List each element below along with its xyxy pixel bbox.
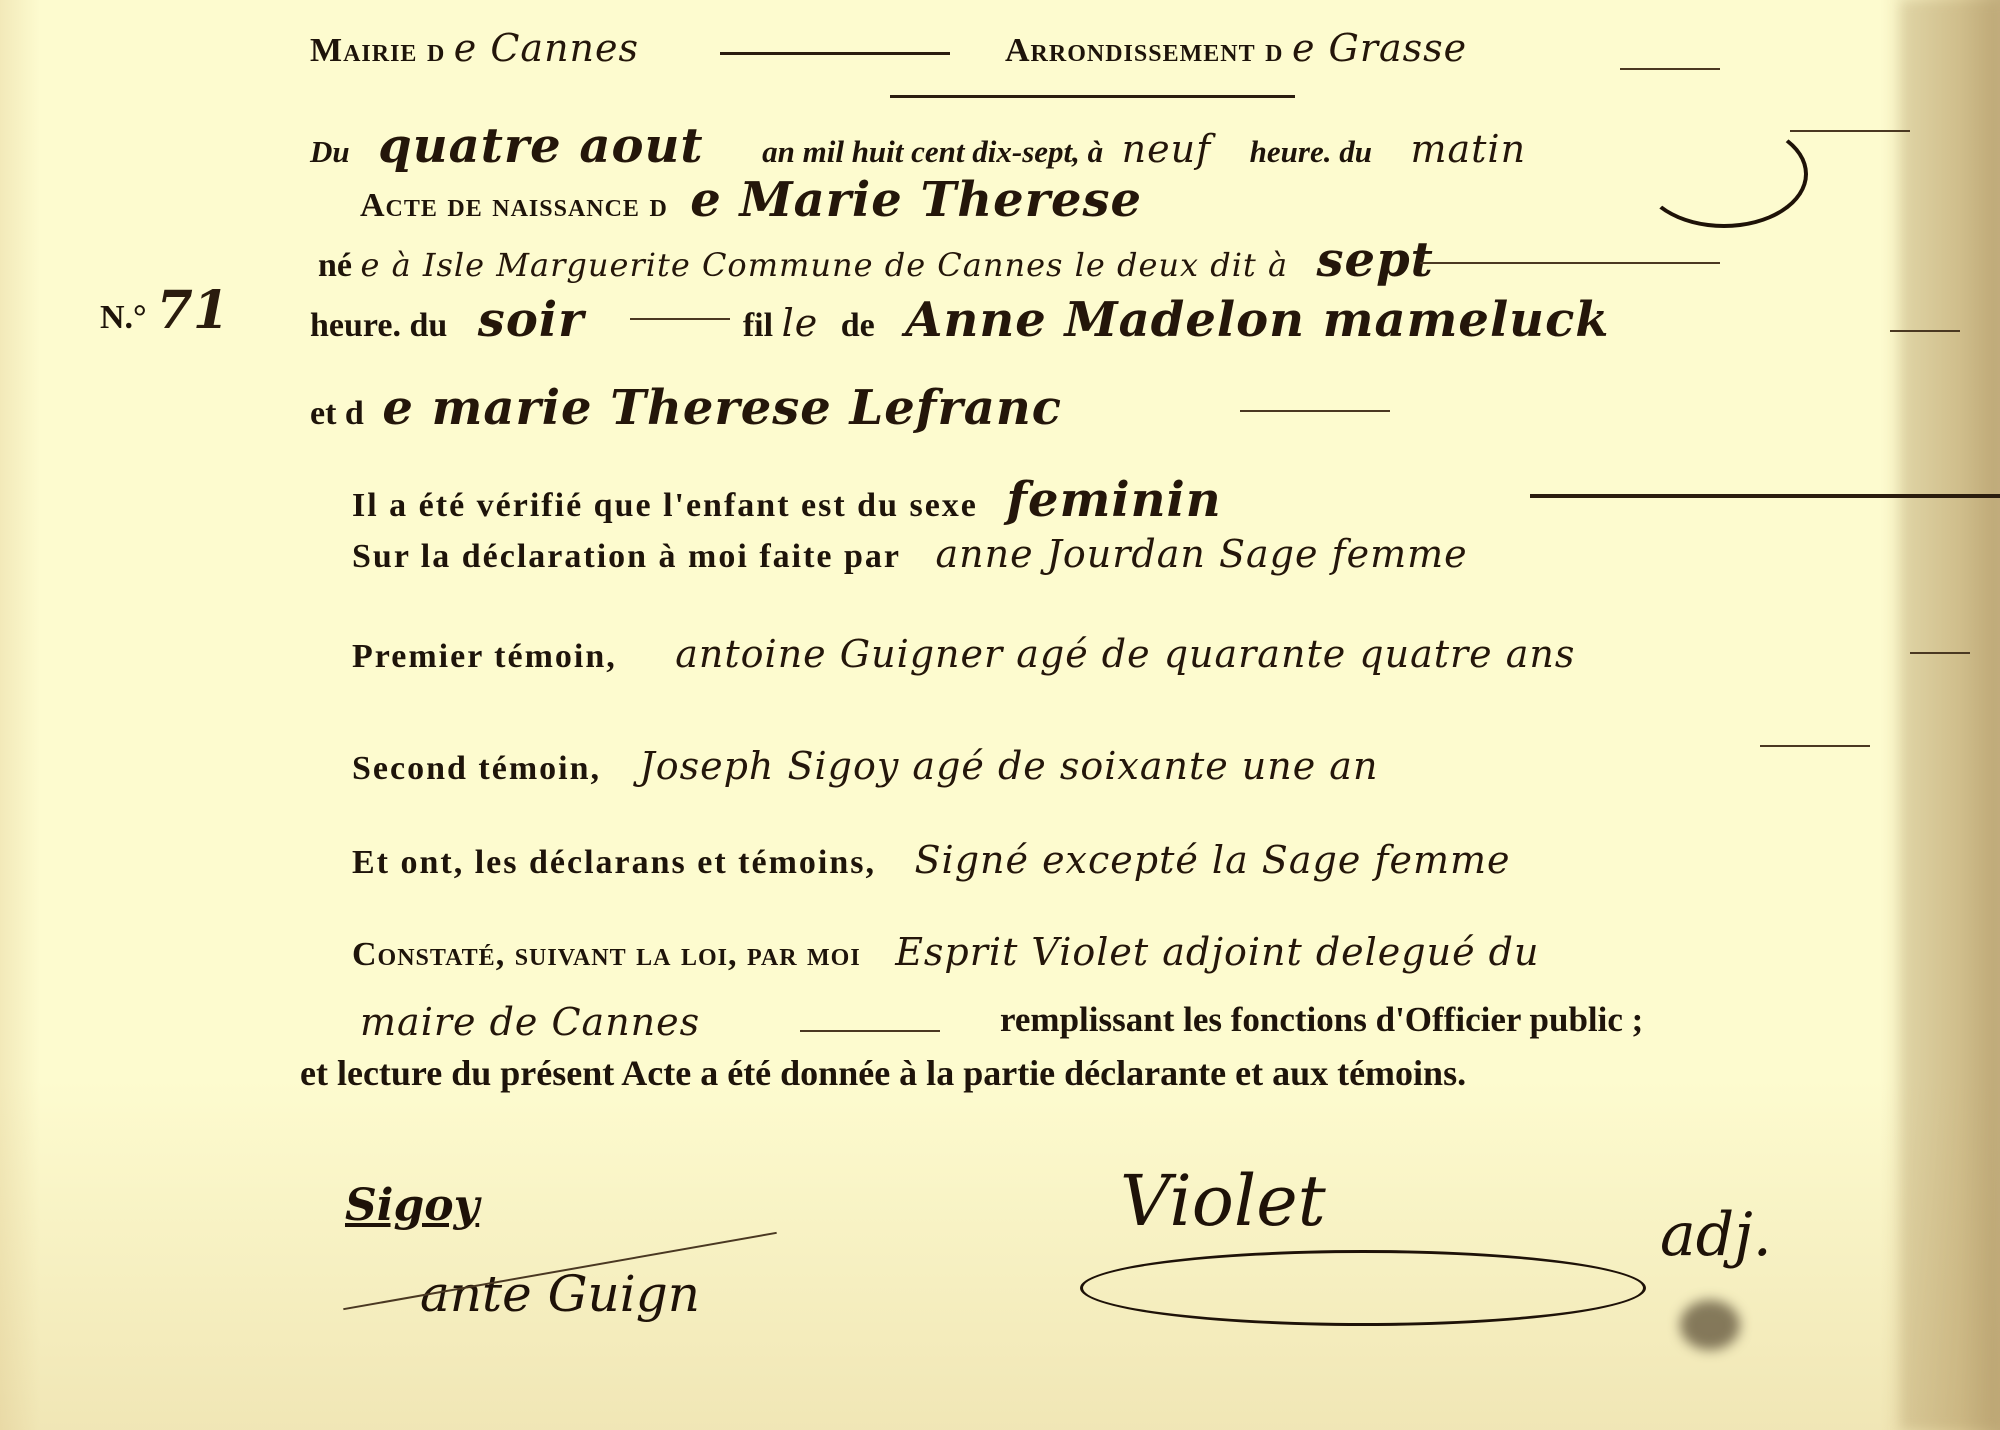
fonctions-line: remplissant les fonctions d'Officier pub…	[1000, 1000, 1643, 1040]
heure-label: heure. du	[310, 307, 447, 344]
arrondissement-line: Arrondissement d e Grasse	[1005, 26, 1467, 70]
constate-line: Constaté, suivant la loi, par moi Esprit…	[352, 930, 1539, 974]
ink-blot	[1680, 1300, 1740, 1350]
heure-line: heure. du soir fil le de Anne Madelon ma…	[310, 292, 1610, 348]
fils-label: fil	[743, 307, 773, 344]
du-label: Du	[310, 134, 350, 169]
day-value: quatre aout	[378, 118, 703, 174]
constate-label: Constaté, suivant la loi, par moi	[352, 936, 861, 973]
premier-temoin-rule	[1910, 652, 1970, 654]
year-text: an mil huit cent dix-sept, à	[762, 134, 1103, 169]
ne-line: né e à Isle Marguerite Commune de Cannes…	[318, 232, 1434, 288]
premier-temoin-label: Premier témoin,	[352, 638, 617, 675]
maire-line: maire de Cannes	[360, 1000, 700, 1044]
period-value: matin	[1410, 127, 1526, 171]
fils-value: le	[782, 301, 819, 345]
signed-label: Et ont, les déclarans et témoins,	[352, 844, 876, 881]
number-value: 71	[157, 280, 229, 341]
de-label: de	[841, 307, 875, 344]
birthplace-value: e à Isle Marguerite Commune de Cannes le…	[361, 246, 1289, 284]
acte-line: Acte de naissance d e Marie Therese	[360, 172, 1142, 228]
sexe-value: feminin	[1006, 472, 1221, 528]
mairie-rule	[720, 52, 950, 55]
second-temoin-line: Second témoin, Joseph Sigoy agé de soixa…	[352, 744, 1378, 788]
declaration-line: Sur la déclaration à moi faite par anne …	[352, 532, 1468, 576]
acte-label: Acte de naissance d	[360, 187, 668, 224]
mother-line: et d e marie Therese Lefranc	[310, 380, 1062, 436]
header-separator	[890, 95, 1295, 98]
ne-label: né	[318, 247, 352, 284]
date-line: Du quatre aout an mil huit cent dix-sept…	[310, 118, 1526, 174]
second-temoin-rule	[1760, 745, 1870, 747]
mairie-label: Mairie d	[310, 32, 445, 69]
mother-label: et d	[310, 395, 364, 432]
mother-rule	[1240, 410, 1390, 412]
hour-value: neuf	[1122, 127, 1212, 171]
ne-rule	[1420, 262, 1720, 264]
signature-violet: Violet	[1120, 1160, 1326, 1242]
arrondissement-rule	[1620, 68, 1720, 70]
paper-edge-shadow	[1900, 0, 2000, 1430]
maire-rule	[800, 1030, 940, 1032]
officer-value: Esprit Violet adjoint delegué du	[895, 930, 1539, 974]
sexe-line: Il a été vérifié que l'enfant est du sex…	[352, 472, 1222, 528]
number-label: N.°	[100, 299, 147, 336]
mairie-value: e Cannes	[454, 26, 639, 70]
signed-value: Signé excepté la Sage femme	[915, 838, 1511, 882]
declarant-value: anne Jourdan Sage femme	[936, 532, 1468, 576]
child-name: e Marie Therese	[690, 172, 1142, 228]
soir-rule	[630, 318, 730, 320]
closing-text: et lecture du présent Acte a été donnée …	[300, 1053, 1466, 1093]
period-rule	[1790, 130, 1910, 132]
signature-sigoy: Sigoy	[345, 1180, 479, 1231]
signature-adjoint: adj.	[1660, 1200, 1772, 1270]
hour-label: heure. du	[1250, 134, 1372, 169]
mother-value: e marie Therese Lefranc	[382, 380, 1062, 436]
closing-line: et lecture du présent Acte a été donnée …	[300, 1052, 1466, 1094]
declaration-label: Sur la déclaration à moi faite par	[352, 538, 901, 575]
fonctions-label: remplissant les fonctions d'Officier pub…	[1000, 1000, 1643, 1039]
signature-guigner: ante Guign	[420, 1265, 700, 1323]
period-evening-value: soir	[478, 292, 585, 348]
premier-temoin-value: antoine Guigner agé de quarante quatre a…	[675, 632, 1575, 676]
premier-temoin-line: Premier témoin, antoine Guigner agé de q…	[352, 632, 1575, 676]
header-line: Mairie d e Cannes	[310, 26, 639, 70]
act-number: N.°71	[100, 280, 229, 341]
second-temoin-label: Second témoin,	[352, 750, 601, 787]
sexe-rule	[1530, 494, 2000, 498]
birth-hour-value: sept	[1317, 232, 1434, 288]
signature-flourish	[1080, 1250, 1646, 1326]
sexe-label: Il a été vérifié que l'enfant est du sex…	[352, 487, 978, 524]
second-temoin-value: Joseph Sigoy agé de soixante une an	[640, 744, 1379, 788]
signed-line: Et ont, les déclarans et témoins, Signé …	[352, 838, 1511, 882]
arrondissement-value: e Grasse	[1292, 26, 1467, 70]
father-value: Anne Madelon mameluck	[905, 292, 1609, 348]
arrondissement-label: Arrondissement d	[1005, 32, 1283, 69]
flourish-decoration	[1640, 120, 1808, 228]
father-rule	[1890, 330, 1960, 332]
maire-value: maire de Cannes	[360, 1000, 700, 1044]
